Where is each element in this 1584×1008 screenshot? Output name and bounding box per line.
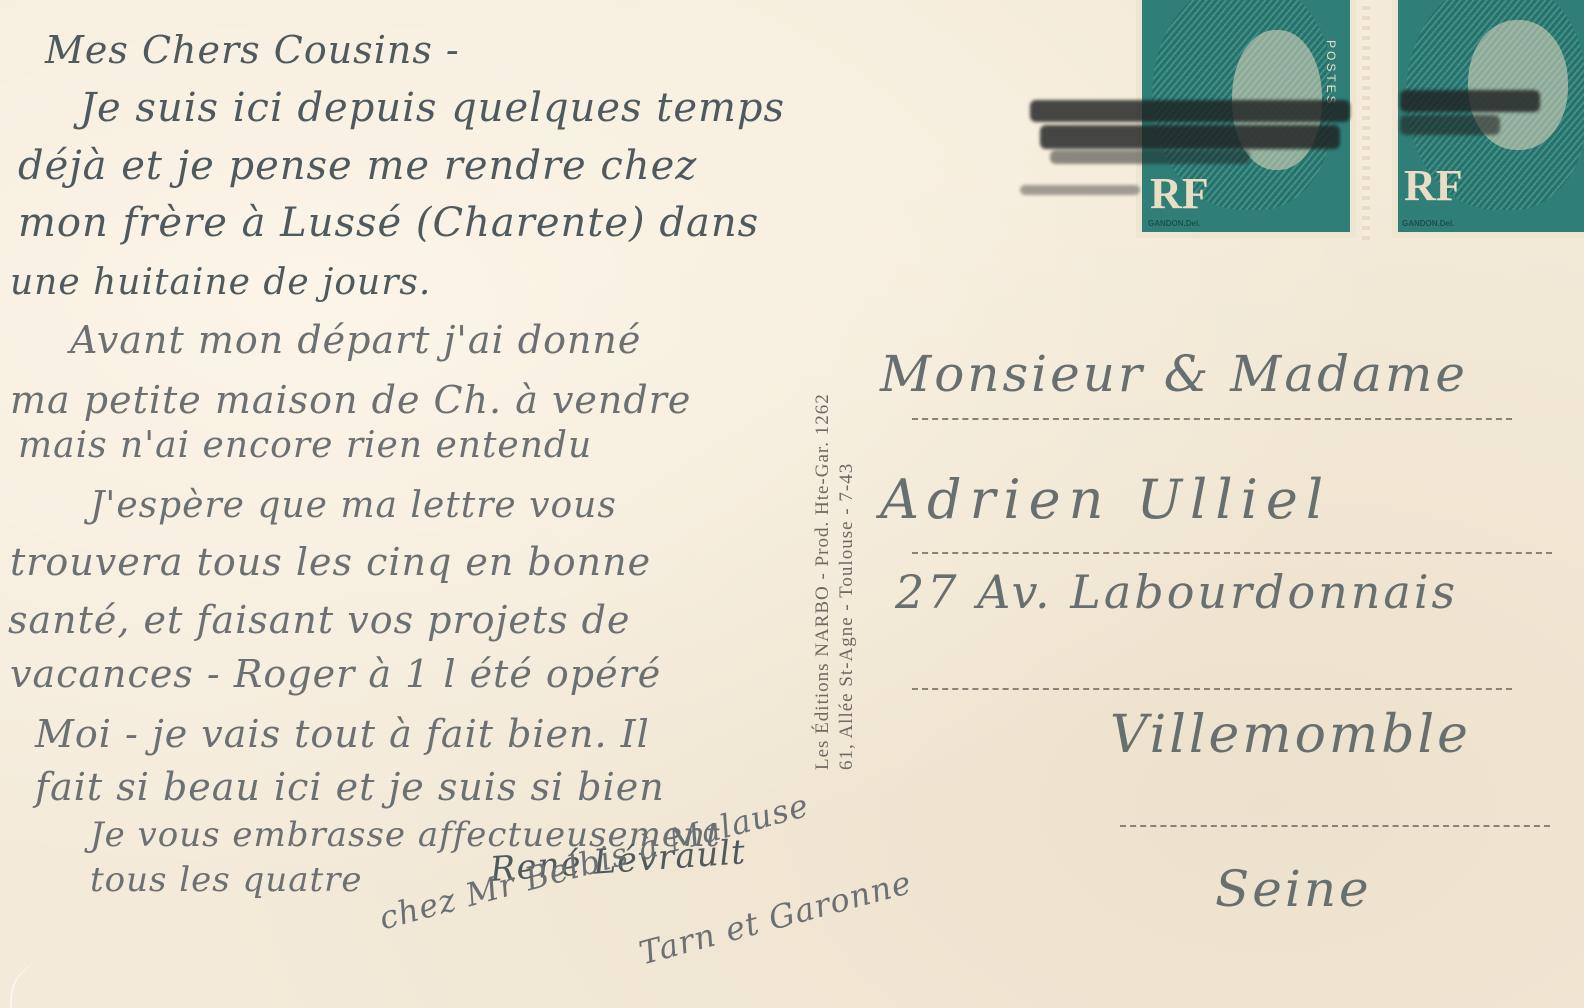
message-line: J'espère que ma lettre vous: [90, 485, 617, 526]
stamp-rf-label: RF: [1150, 168, 1209, 219]
return-address-line2: Tarn et Garonne: [635, 863, 916, 972]
message-line: trouvera tous les cinq en bonne: [10, 540, 651, 584]
publisher-line2: 61, Allée St-Agne - Toulouse - 7-43: [836, 463, 858, 770]
message-closing: tous les quatre: [90, 860, 363, 900]
message-line: fait si beau ici et je suis si bien: [35, 765, 665, 809]
address-line5: Seine: [1215, 860, 1372, 918]
cancellation-mark: [1400, 90, 1540, 112]
message-line: mais n'ai encore rien entendu: [18, 425, 592, 466]
message-line: Je suis ici depuis quelques temps: [80, 85, 785, 131]
cancellation-mark: [1400, 115, 1500, 135]
message-line: une huitaine de jours.: [10, 262, 431, 303]
message-line: Avant mon départ j'ai donné: [70, 318, 641, 362]
cancellation-mark: [1040, 125, 1340, 149]
message-line: santé, et faisant vos projets de: [8, 598, 630, 642]
message-line: déjà et je pense me rendre chez: [18, 143, 697, 189]
paper-crease: [10, 960, 52, 1008]
publisher-line1: Les Éditions NARBO - Prod. Hte-Gar. 1262: [812, 393, 834, 770]
stamp-perforation: [1362, 0, 1370, 240]
address-line1: Monsieur & Madame: [880, 345, 1468, 403]
address-guide-line: [912, 688, 1512, 690]
address-line3: 27 Av. Labourdonnais: [895, 565, 1458, 619]
address-line2: Adrien Ulliel: [880, 468, 1331, 531]
message-salutation: Mes Chers Cousins -: [45, 28, 460, 72]
cancellation-mark: [1050, 150, 1250, 164]
publisher-imprint: Les Éditions NARBO - Prod. Hte-Gar. 1262…: [812, 170, 862, 780]
address-guide-line: [912, 418, 1512, 420]
stamp-postes-label: POSTES: [1324, 40, 1338, 107]
stamp-credit: GANDON.Del.: [1148, 219, 1200, 228]
address-guide-line: [1120, 825, 1550, 827]
address-line4: Villemomble: [1110, 705, 1471, 765]
cancellation-mark: [1020, 185, 1140, 195]
stamp-credit: GANDON.Del.: [1402, 219, 1454, 228]
message-line: Moi - je vais tout à fait bien. Il: [35, 712, 650, 756]
cancellation-mark: [1030, 100, 1350, 122]
postcard-back: Mes Chers Cousins - Je suis ici depuis q…: [0, 0, 1584, 1008]
stamp-rf-label: RF: [1404, 160, 1463, 211]
message-line: mon frère à Lussé (Charente) dans: [18, 200, 759, 246]
message-line: vacances - Roger à 1 l été opéré: [10, 652, 661, 696]
message-line: ma petite maison de Ch. à vendre: [10, 378, 691, 422]
address-guide-line: [912, 552, 1552, 554]
